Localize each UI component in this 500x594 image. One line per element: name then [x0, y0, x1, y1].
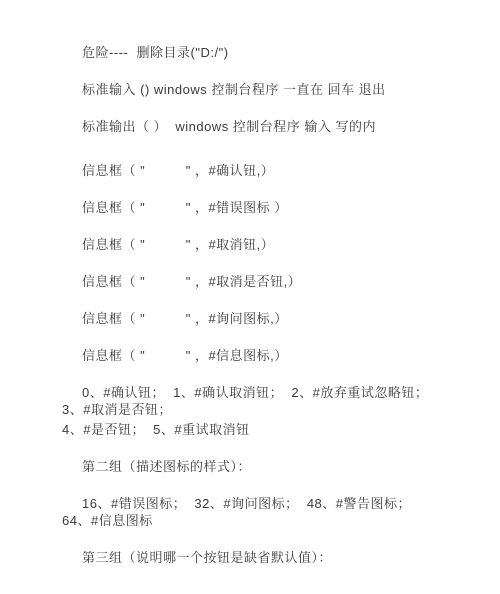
line-icon-constants: 16、#错误图标； 32、#询问图标； 48、#警告图标； 64、#信息图标: [62, 495, 444, 529]
line-button-constants-continued: 4、#是否钮； 5、#重试取消钮: [62, 421, 444, 438]
line-msgbox-cancel-btn: 信息框（ " " ，#取消钮,）: [62, 236, 444, 253]
line-danger-note: 危险---- 删除目录("D:/"): [62, 44, 444, 61]
line-button-constants: 0、#确认钮； 1、#确认取消钮； 2、#放弃重试忽略钮； 3、#取消是否钮；: [62, 384, 444, 418]
line-stdout-note: 标准输出（ ） windows 控制台程序 输入 写的内: [62, 118, 444, 135]
line-group3-heading: 第三组（说明哪一个按钮是缺省默认值）：: [62, 549, 444, 566]
line-group2-heading: 第二组（描述图标的样式）：: [62, 458, 444, 475]
line-msgbox-info-icon: 信息框（ " " ，#信息图标,）: [62, 347, 444, 364]
line-msgbox-confirm-btn: 信息框（ " " ，#确认钮,）: [62, 162, 444, 179]
line-stdin-note: 标准输入 () windows 控制台程序 一直在 回车 退出: [62, 81, 444, 98]
line-msgbox-cancel-yesno-btn: 信息框（ " " ，#取消是否钮,）: [62, 273, 444, 290]
line-msgbox-question-icon: 信息框（ " " ，#询问图标,）: [62, 310, 444, 327]
document-page: 危险---- 删除目录("D:/") 标准输入 () windows 控制台程序…: [0, 0, 500, 594]
line-msgbox-error-icon: 信息框（ " " ，#错误图标 ）: [62, 199, 444, 216]
